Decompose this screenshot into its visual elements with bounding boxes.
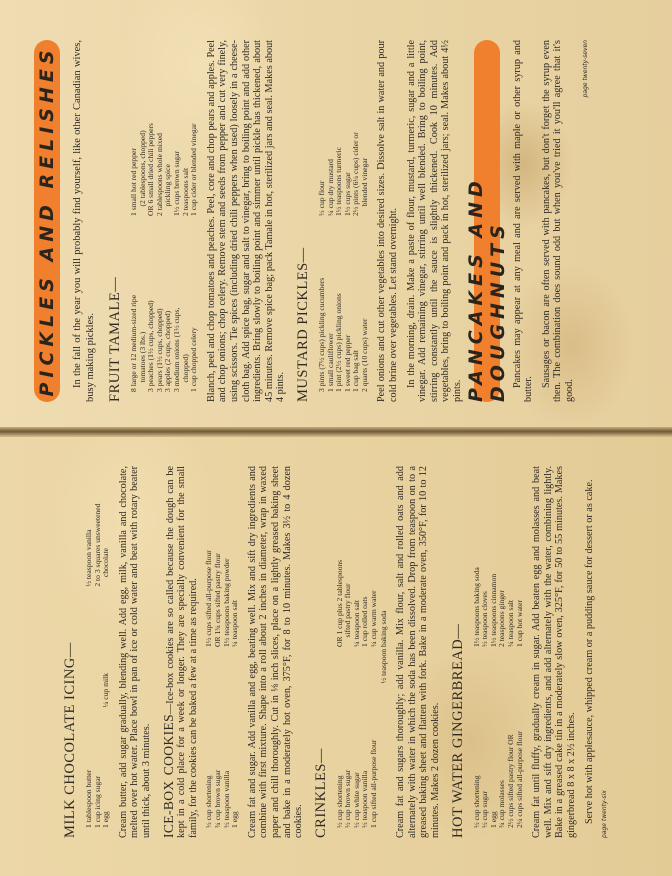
- crinkles-ingredients: ½ cup shortening½ cup brown sugar½ cup w…: [336, 466, 379, 828]
- section-heading: PICKLES AND RELISHES: [36, 45, 58, 396]
- fruit-tamale-ingredients: 8 large or 12 medium-sized ripe tomatoes…: [130, 40, 199, 392]
- book-spine-seam: [0, 427, 672, 437]
- page-slot-twenty-six: MILK CHOCOLATE ICING— 1 tablespoon butte…: [0, 432, 672, 876]
- icing-ingredients: 1 tablespoon butter1 cup icing sugar1 eg…: [85, 466, 111, 828]
- crinkles-method: Cream fat and sugars thoroughly; add van…: [395, 466, 441, 838]
- recipe-title-hot-water-gingerbread: HOT WATER GINGERBREAD—: [450, 466, 467, 838]
- ingredient-line: ¼ teaspoon salt: [231, 466, 240, 647]
- ingredient-column-left: ½ cup shortening½ cup brown sugar½ cup w…: [336, 647, 379, 828]
- ingredient-line: [85, 587, 94, 708]
- recipe-title-mustard-pickles: MUSTARD PICKLES—: [295, 40, 312, 402]
- ingredient-column-right: OR 1 cup plus 2 tablespoons sifted pastr…: [336, 466, 379, 647]
- icing-method: Cream butter, add sugar gradually, blend…: [118, 466, 153, 838]
- ingredient-line: chocolate: [102, 466, 111, 587]
- mustard-pickles-ingredients: 3 pints (7½ cups) pickling cucumbers1 sm…: [318, 40, 370, 392]
- ingredient-column-left: ½ cup shortening¾ cup brown sugar½ teasp…: [205, 647, 239, 828]
- page-slot-twenty-seven: PICKLES AND RELISHES In the fall of the …: [0, 0, 672, 432]
- section-heading: PANCAKES AND DOUGHNUTS: [465, 40, 509, 402]
- ingredient-line: 1 cup chopped celery: [190, 216, 199, 392]
- ingredient-line: 1 cup hot water: [516, 466, 525, 647]
- ingredient-line: 1 cup sifted all-purpose flour: [370, 647, 379, 828]
- pancakes-para-1: Pancakes may appear at any meal and are …: [512, 40, 535, 402]
- recipe-title-crinkles: CRINKLES—: [313, 466, 330, 838]
- gingerbread-ingredients: ½ cup shortening½ cup sugar1 egg¾ cup mo…: [473, 466, 525, 828]
- ingredient-column-right: 1½ teaspoons baking soda½ teaspoon clove…: [473, 466, 525, 647]
- icebox-ingredients: ½ cup shortening¾ cup brown sugar½ teasp…: [205, 466, 239, 828]
- mustard-pickles-method-2: In the morning, drain. Make a paste of f…: [406, 40, 464, 402]
- page-twenty-seven: PICKLES AND RELISHES In the fall of the …: [0, 0, 672, 432]
- mustard-pickles-method-1: Peel onions and cut other vegetables int…: [376, 40, 399, 402]
- ingredient-column-middle: ¼ cup milk: [85, 587, 111, 708]
- ingredient-column-left: 1 tablespoon butter1 cup icing sugar1 eg…: [85, 707, 111, 828]
- pickles-intro: In the fall of the year you will probabl…: [72, 40, 97, 402]
- pancakes-para-2: Sausages or bacon are often served with …: [541, 40, 576, 402]
- ingredient-line: 1 egg: [231, 647, 240, 828]
- gingerbread-serving: Serve hot with applesauce, whipped cream…: [584, 466, 596, 838]
- ingredient-line: 2¼ cups sifted all-purpose flour: [516, 647, 525, 828]
- ingredient-column-right: ½ cup flour¼ cup dry mustard1½ teaspoons…: [318, 40, 370, 216]
- ingredient-column-left: 8 large or 12 medium-sized ripe tomatoes…: [130, 216, 199, 392]
- page-number: page twenty-seven: [582, 40, 589, 402]
- crinkles-extra-ingredient: ½ teaspoon baking soda: [380, 466, 389, 828]
- ingredient-line: blended vinegar: [361, 40, 370, 216]
- ingredient-line: ¼ cup milk: [102, 587, 111, 708]
- ingredient-column-left: 3 pints (7½ cups) pickling cucumbers1 sm…: [318, 216, 370, 392]
- icebox-cookies-intro: ICE-BOX COOKIES—Ice-box cookies are so c…: [163, 466, 200, 838]
- ingredient-line: ¼ cup warm water: [370, 466, 379, 647]
- ingredient-line: 1 cup icing sugar: [94, 707, 103, 828]
- gingerbread-method: Cream fat until fluffy, gradually cream …: [531, 466, 577, 838]
- cookbook-spread: PICKLES AND RELISHES In the fall of the …: [0, 0, 672, 876]
- recipe-title-milk-chocolate-icing: MILK CHOCOLATE ICING—: [62, 466, 79, 838]
- ingredient-column-right: ½ teaspoon vanilla2 to 3 squares unsweet…: [85, 466, 111, 587]
- page-number: page twenty-six: [601, 466, 608, 838]
- ingredient-line: 2 quarts (10 cups) water: [361, 216, 370, 392]
- recipe-title-fruit-tamale: FRUIT TAMALE—: [107, 40, 124, 402]
- ingredient-line: ½ teaspoon vanilla: [223, 647, 232, 828]
- ingredient-column-right: 1 small hot red pepper (2 tablespoons, c…: [130, 40, 199, 216]
- ingredient-baking-soda: ½ teaspoon baking soda: [380, 466, 389, 828]
- ingredient-column-right: 1½ cups sifted all-purpose flourOR 1¾ cu…: [205, 466, 239, 647]
- ingredient-line: ½ cup sugar: [481, 647, 490, 828]
- ingredient-line: 1 egg: [102, 707, 111, 828]
- pickles-relishes-banner: PICKLES AND RELISHES: [34, 40, 60, 402]
- pancakes-doughnuts-banner: PANCAKES AND DOUGHNUTS: [474, 40, 500, 402]
- icebox-method: Cream fat and sugar. Add vanilla and egg…: [247, 466, 305, 838]
- recipe-title-icebox-cookies: ICE-BOX COOKIES: [161, 714, 176, 838]
- page-twenty-six: MILK CHOCOLATE ICING— 1 tablespoon butte…: [0, 432, 672, 876]
- ingredient-line: 1 cup cider or blended vinegar: [190, 40, 199, 216]
- fruit-tamale-method: Blanch, peel and chop tomatoes and peach…: [206, 40, 287, 402]
- ingredient-column-left: ½ cup shortening½ cup sugar1 egg¾ cup mo…: [473, 647, 525, 828]
